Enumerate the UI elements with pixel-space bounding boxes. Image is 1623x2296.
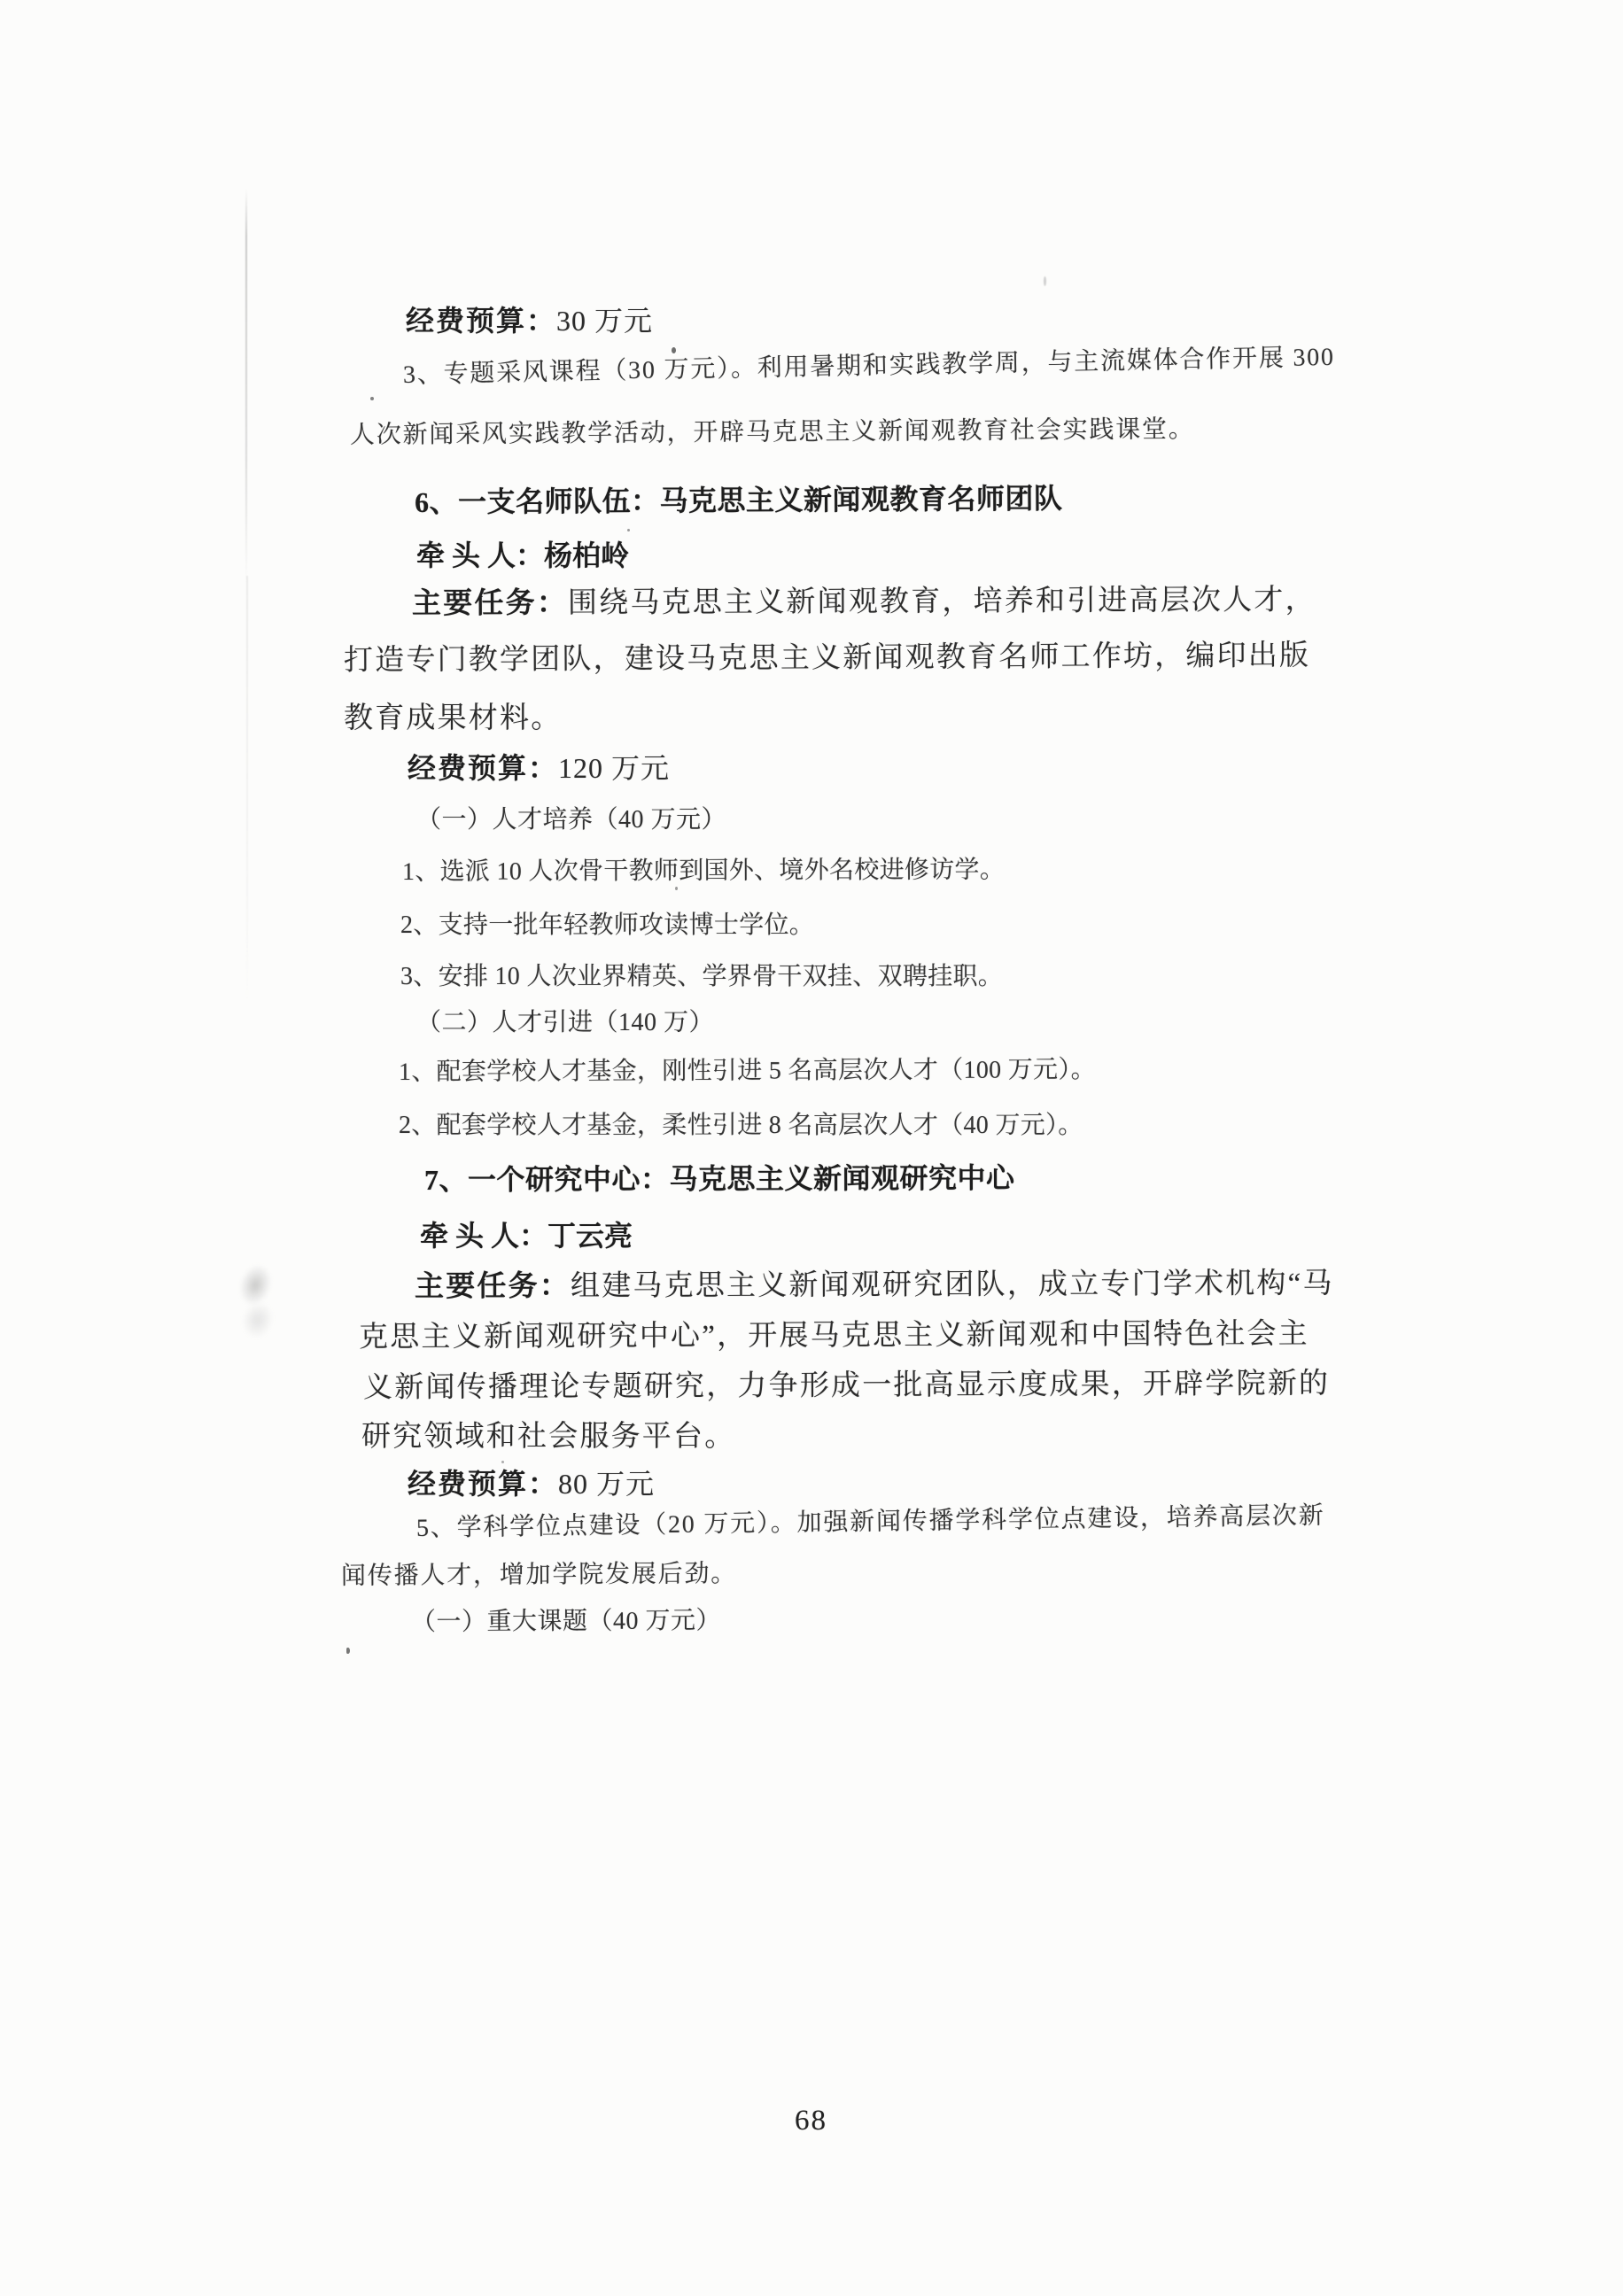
section-heading-6: 6、一支名师队伍：马克思主义新闻观教育名师团队 bbox=[415, 485, 1063, 516]
list-item-line: 2、配套学校人才基金，柔性引进 8 名高层次人才（40 万元）。 bbox=[399, 1113, 1083, 1138]
budget-amount: 120 万元 bbox=[558, 752, 670, 784]
budget-amount: 30 万元 bbox=[556, 305, 653, 337]
leader-name: 杨柏岭 bbox=[544, 539, 629, 571]
scan-speck bbox=[501, 1461, 504, 1463]
sub-item-heading: （一）人才培养（40 万元） bbox=[416, 808, 726, 833]
note-paragraph-line: 闻传播人才，增加学院发展后劲。 bbox=[341, 1562, 737, 1589]
budget-label: 经费预算： bbox=[406, 305, 556, 337]
budget-line: 经费预算：80 万元 bbox=[408, 1470, 655, 1498]
paragraph-line: 教育成果材料。 bbox=[344, 704, 562, 733]
scan-speck bbox=[675, 887, 678, 890]
budget-amount: 80 万元 bbox=[558, 1468, 655, 1500]
main-task-text: 组建马克思主义新闻观研究团队，成立专门学术机构“马 bbox=[571, 1268, 1334, 1302]
list-item-line: 2、支持一批年轻教师攻读博士学位。 bbox=[400, 913, 814, 938]
sub-item-heading: （一）重大课题（40 万元） bbox=[411, 1609, 721, 1635]
scan-streak-artifact bbox=[245, 189, 247, 583]
paragraph-line: 克思主义新闻观研究中心”，开展马克思主义新闻观和中国特色社会主 bbox=[359, 1320, 1309, 1353]
leader-label: 牵 头 人： bbox=[416, 539, 544, 571]
main-task-label: 主要任务： bbox=[415, 1270, 571, 1303]
note-paragraph-line: 人次新闻采风实践教学活动，开辟马克思主义新闻观教育社会实践课堂。 bbox=[350, 417, 1195, 448]
scan-speck bbox=[672, 347, 676, 353]
list-item-line: 3、安排 10 人次业界精英、学界骨干双挂、双聘挂职。 bbox=[400, 965, 1003, 989]
note-paragraph-line: 3、专题采风课程（30 万元）。利用暑期和实践教学周，与主流媒体合作开展 300 bbox=[403, 345, 1335, 388]
scan-streak-artifact-faint bbox=[246, 576, 248, 1001]
scan-speck bbox=[627, 529, 630, 531]
main-task-line: 主要任务：组建马克思主义新闻观研究团队，成立专门学术机构“马 bbox=[415, 1269, 1334, 1302]
budget-label: 经费预算： bbox=[408, 752, 558, 784]
note-paragraph-line: 5、学科学位点建设（20 万元）。加强新闻传播学科学位点建设，培养高层次新 bbox=[416, 1504, 1325, 1541]
main-task-label: 主要任务： bbox=[412, 587, 568, 620]
leader-name: 丁云亮 bbox=[547, 1220, 633, 1252]
scan-speck bbox=[370, 397, 374, 400]
leader-label: 牵 头 人： bbox=[420, 1220, 547, 1252]
scan-speck bbox=[1044, 276, 1046, 286]
scanned-document-page: 经费预算：30 万元 3、专题采风课程（30 万元）。利用暑期和实践教学周，与主… bbox=[0, 0, 1623, 2296]
budget-label: 经费预算： bbox=[408, 1468, 558, 1500]
leader-line: 牵 头 人：杨柏岭 bbox=[416, 541, 629, 570]
paragraph-line: 打造专门教学团队，建设马克思主义新闻观教育名师工作坊，编印出版 bbox=[344, 641, 1310, 676]
scan-smudge-artifact bbox=[221, 1256, 295, 1349]
page-number: 68 bbox=[795, 2106, 827, 2136]
budget-line: 经费预算：30 万元 bbox=[406, 306, 653, 335]
main-task-line: 主要任务：围绕马克思主义新闻观教育，培养和引进高层次人才， bbox=[412, 586, 1316, 619]
scan-speck bbox=[346, 1648, 350, 1654]
paragraph-line: 义新闻传播理论专题研究，力争形成一批高显示度成果，开辟学院新的 bbox=[363, 1369, 1330, 1403]
paragraph-line: 研究领域和社会服务平台。 bbox=[361, 1423, 735, 1452]
sub-item-heading: （二）人才引进（140 万） bbox=[416, 1011, 714, 1036]
list-item-line: 1、选派 10 人次骨干教师到国外、境外名校进修访学。 bbox=[402, 858, 1005, 885]
section-heading-7: 7、一个研究中心：马克思主义新闻观研究中心 bbox=[424, 1164, 1015, 1194]
budget-line: 经费预算：120 万元 bbox=[408, 754, 670, 782]
leader-line: 牵 头 人：丁云亮 bbox=[420, 1222, 633, 1250]
list-item-line: 1、配套学校人才基金，刚性引进 5 名高层次人才（100 万元）。 bbox=[399, 1058, 1096, 1085]
main-task-text: 围绕马克思主义新闻观教育，培养和引进高层次人才， bbox=[568, 585, 1316, 620]
